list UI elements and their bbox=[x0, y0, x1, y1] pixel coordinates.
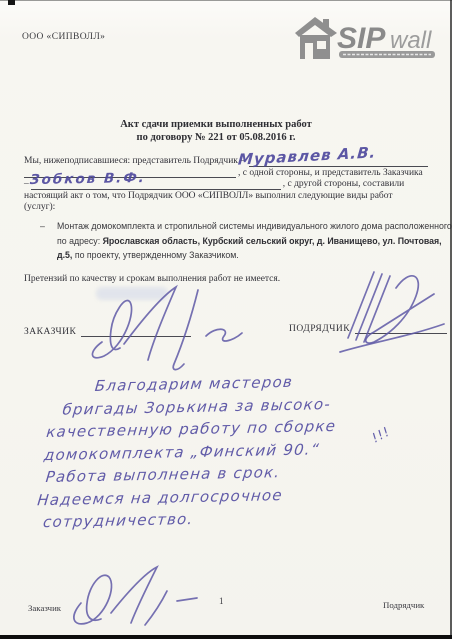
document-title-line1: Акт сдачи приемки выполненных работ bbox=[0, 118, 432, 131]
contractor-signature bbox=[330, 262, 450, 357]
document-title: Акт сдачи приемки выполненных работ по д… bbox=[0, 118, 432, 144]
scanned-document-page: ООО «СИПВОЛЛ» SIP wall Акт сдачи приемки… bbox=[0, 0, 452, 639]
intro-line-2-text: , с одной стороны, и представитель Заказ… bbox=[238, 168, 423, 180]
intro-line-5-text: (услуг): bbox=[24, 202, 55, 214]
sipwall-logo: SIP wall bbox=[295, 17, 437, 63]
works-text-after-address: по проекту, утвержденному Заказчиком. bbox=[72, 250, 238, 260]
company-name: ООО «СИПВОЛЛ» bbox=[22, 32, 105, 42]
scan-artifact-corner bbox=[8, 0, 15, 5]
house-icon: SIP wall bbox=[295, 17, 437, 63]
intro-line-1-text: Мы, нижеподписавшиеся: представитель Под… bbox=[24, 156, 245, 168]
ink-smudge bbox=[96, 287, 168, 300]
logo-tagline-bar bbox=[339, 51, 435, 58]
intro-line-3-text: , с другой стороны, составили bbox=[283, 179, 404, 191]
intro-line-5: (услуг): bbox=[24, 202, 430, 214]
logo-text-wall: wall bbox=[390, 27, 432, 54]
contractor-signature-line bbox=[355, 324, 447, 334]
scan-artifact-top bbox=[0, 0, 452, 1]
scan-artifact-bottom bbox=[0, 635, 452, 639]
footer-customer-label: Заказчик bbox=[28, 603, 61, 613]
customer-signature-row: ЗАКАЗЧИК bbox=[24, 327, 191, 337]
contractor-signature-label: ПОДРЯДЧИК bbox=[289, 324, 350, 334]
footer-customer-signature bbox=[55, 565, 225, 629]
handwritten-customer-name: Зобков В.Ф. bbox=[29, 170, 146, 188]
works-list-item: – Монтаж домокомплекта и стропильной сис… bbox=[40, 219, 452, 263]
intro-line-4-text: настоящий акт о том, что Подрядчик ООО «… bbox=[24, 191, 393, 203]
bullet-dash: – bbox=[40, 219, 45, 234]
customer-signature-label: ЗАКАЗЧИК bbox=[24, 327, 76, 337]
claims-statement: Претензий по качеству и срокам выполнени… bbox=[24, 274, 280, 284]
page-number: 1 bbox=[219, 596, 224, 606]
intro-line-4: настоящий акт о том, что Подрядчик ООО «… bbox=[24, 191, 430, 203]
customer-signature-line bbox=[81, 327, 191, 337]
document-title-line2: по договору № 221 от 05.08.2016 г. bbox=[0, 131, 432, 144]
logo-text-sip: SIP bbox=[337, 22, 386, 55]
intro-line-3-dash: – bbox=[24, 179, 29, 191]
footer-contractor-label: Подрядчик bbox=[383, 600, 424, 610]
handwritten-review-note: Благодарим мастеров бригады Зорькина за … bbox=[40, 368, 436, 534]
contractor-signature-row: ПОДРЯДЧИК bbox=[289, 324, 447, 334]
